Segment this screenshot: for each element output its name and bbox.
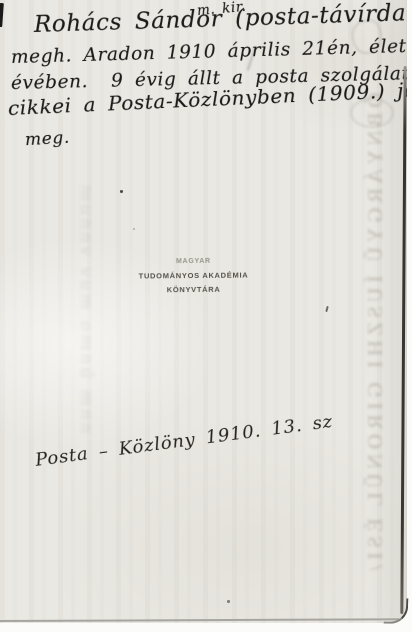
ink-speck [120,190,123,193]
ink-speck [133,228,135,230]
scan-edge-artifact [0,3,4,27]
stamp-line: MAGYAR [136,254,251,269]
scanned-document: ÖBNYÁRGYŰ ÍUSZHI GIRONŰL ÉSIAK munnv vum… [0,0,412,632]
ink-speck [227,600,230,603]
paper-card: ÖBNYÁRGYŰ ÍUSZHI GIRONŰL ÉSIAK munnv vum… [0,0,407,623]
bleedthrough-ghost-text-left: munnv vum omnű mnnv [52,185,96,435]
source-citation-note: Posta – Közlöny 1910. 13. sz [34,411,334,471]
stamp-line: KÖNYVTÁRA [136,282,251,297]
library-stamp: MAGYAR TUDOMÁNYOS AKADÉMIA KÖNYVTÁRA [136,254,251,297]
bleedthrough-ghost-text-right: ÖBNYÁRGYŰ ÍUSZHI GIRONŰL ÉSIAK [363,92,405,570]
handwriting-line: megh. Aradon 1910 április 21én, életének… [11,33,407,68]
stamp-line: TUDOMÁNYOS AKADÉMIA [136,268,251,283]
handwriting-line: Rohács Sándor (posta-távírda kiadó [34,0,407,38]
ink-speck [325,306,328,312]
handwriting-line: meg. [25,128,71,150]
